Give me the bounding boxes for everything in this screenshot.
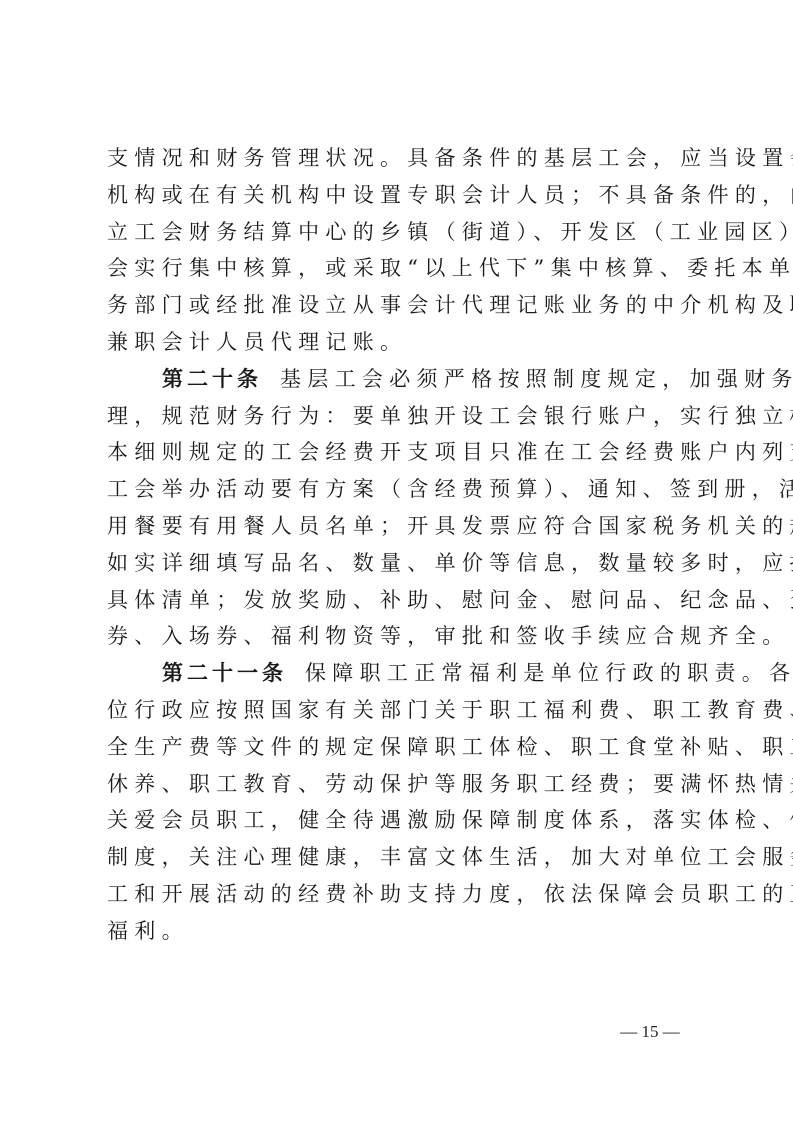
- article-21: 第二十一条保障职工正常福利是单位行政的职责。各单 位行政应按照国家有关部门关于职…: [107, 655, 687, 949]
- text-line: 理，规范财务行为：要单独开设工会银行账户，实行独立核算，: [107, 398, 687, 435]
- text-line: 用餐要有用餐人员名单；开具发票应符合国家税务机关的规定，: [107, 508, 687, 545]
- article-first-line-text: 基层工会必须严格按照制度规定，加强财务管: [280, 367, 793, 391]
- text-line: 如实详细填写品名、数量、单价等信息，数量较多时，应提供: [107, 545, 687, 582]
- page-number: — 15 —: [610, 1022, 690, 1042]
- text-line: 兼职会计人员代理记账。: [107, 324, 687, 361]
- text-line: 位行政应按照国家有关部门关于职工福利费、职工教育费、安: [107, 692, 687, 729]
- article-heading: 第二十条: [162, 366, 262, 391]
- paragraph-continuation: 支情况和财务管理状况。具备条件的基层工会，应当设置会计 机构或在有关机构中设置专…: [107, 140, 687, 361]
- text-line: 券、入场券、福利物资等，审批和签收手续应合规齐全。: [107, 618, 687, 655]
- article-first-line-text: 保障职工正常福利是单位行政的职责。各单: [305, 661, 793, 685]
- text-line: 制度，关注心理健康，丰富文体生活，加大对单位工会服务职: [107, 839, 687, 876]
- text-line: 福利。: [107, 913, 687, 950]
- text-line: 休养、职工教育、劳动保护等服务职工经费；要满怀热情关心: [107, 766, 687, 803]
- article-heading: 第二十一条: [162, 660, 287, 685]
- text-line: 工会举办活动要有方案（含经费预算）、通知、签到册，活动: [107, 471, 687, 508]
- text-line: 务部门或经批准设立从事会计代理记账业务的中介机构及聘请: [107, 287, 687, 324]
- text-line: 支情况和财务管理状况。具备条件的基层工会，应当设置会计: [107, 140, 687, 177]
- document-body: 支情况和财务管理状况。具备条件的基层工会，应当设置会计 机构或在有关机构中设置专…: [107, 140, 687, 950]
- text-line: 会实行集中核算，或采取“以上代下”集中核算、委托本单位财: [107, 250, 687, 287]
- text-line: 全生产费等文件的规定保障职工体检、职工食堂补贴、职工疗: [107, 729, 687, 766]
- article-20: 第二十条基层工会必须严格按照制度规定，加强财务管 理，规范财务行为：要单独开设工…: [107, 361, 687, 655]
- article-first-line: 第二十条基层工会必须严格按照制度规定，加强财务管: [107, 361, 687, 398]
- article-first-line: 第二十一条保障职工正常福利是单位行政的职责。各单: [107, 655, 687, 692]
- text-line: 立工会财务结算中心的乡镇（街道）、开发区（工业园区）工: [107, 214, 687, 251]
- text-line: 本细则规定的工会经费开支项目只准在工会经费账户内列支；: [107, 434, 687, 471]
- text-line: 关爱会员职工，健全待遇激励保障制度体系，落实体检、休假: [107, 802, 687, 839]
- text-line: 机构或在有关机构中设置专职会计人员；不具备条件的，由设: [107, 177, 687, 214]
- text-line: 工和开展活动的经费补助支持力度，依法保障会员职工的正常: [107, 876, 687, 913]
- text-line: 具体清单；发放奖励、补助、慰问金、慰问品、纪念品、蛋糕: [107, 582, 687, 619]
